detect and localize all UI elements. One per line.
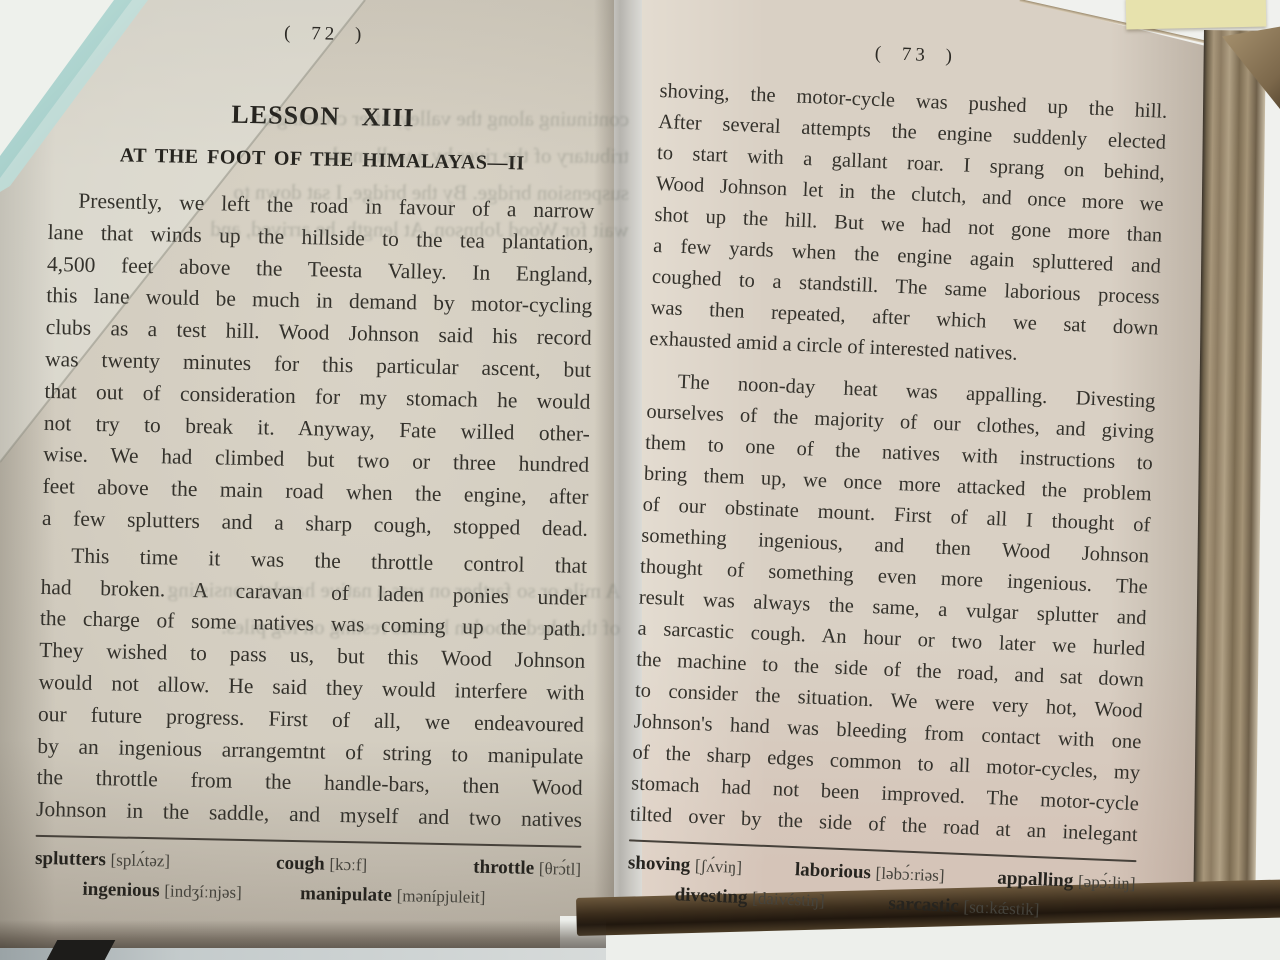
vocab-entry: manipulate [mənípjuleit] [300,879,486,913]
paragraph: shoving, the motor-cycle was pushed up t… [649,76,1168,376]
vocab-phonetic: [ʃʌ́viŋ] [695,856,743,877]
vocab-phonetic: [θrɔ́tl] [539,859,581,879]
vocab-entry: cough [kɔːf] [276,849,368,881]
page-edges-stack [1193,30,1266,943]
sticky-note [1126,0,1267,29]
vocab-phonetic: [ləbɔ́ːriəs] [875,863,945,885]
vocab-word: splutters [35,848,111,871]
vocab-entry: shoving [ʃʌ́viŋ] [627,848,742,883]
vocab-entry: sarcastic [sɑːkǽstik] [888,889,1040,925]
vocab-word: divesting [674,884,752,908]
vocab-phonetic: [daivéstiŋ] [752,888,825,910]
vocab-entry: divesting [daivéstiŋ] [674,880,825,916]
chapter-title: AT THE FOOT OF THE HIMALAYAS—II [49,143,595,177]
lesson-title: LESSON XIII [50,96,596,137]
paragraph: The noon-day heat was appalling. Divesti… [629,366,1156,851]
vocab-word: cough [276,853,330,875]
vocabulary-list: splutters [splʌ́təz]cough [kɔːf]throttle… [34,844,581,915]
vocab-word: sarcastic [888,893,964,917]
vocab-word: shoving [628,852,696,876]
right-page-content: learning enough to appreciate the surrou… [626,34,1169,929]
vocab-word: laborious [795,859,877,883]
vocab-phonetic: [əpɔ́ːliŋ] [1078,872,1136,893]
shadow-wedge [47,940,116,960]
vocab-phonetic: [splʌ́təz] [110,850,170,870]
vocab-phonetic: [kɔːf] [329,855,367,875]
vocab-word: throttle [473,857,539,879]
open-book-photo: continuing along the valley, after cross… [0,0,1280,960]
paragraph: This time it was the throttle control th… [36,540,588,837]
vocab-word: appalling [997,867,1079,891]
vocab-word: manipulate [300,883,397,906]
vocab-entry: throttle [θrɔ́tl] [473,853,581,885]
left-page-content: continuing along the valley, after cross… [34,18,598,915]
vocab-word: ingenious [82,879,164,902]
paragraph: Presently, we left the road in favour of… [42,185,595,546]
vocab-phonetic: [mənípjuleit] [397,886,486,907]
vocab-phonetic: [indʒíːnjəs] [164,881,242,902]
vocab-entry: ingenious [indʒíːnjəs] [82,875,242,908]
vocab-entry: splutters [splʌ́təz] [35,844,171,877]
vocab-phonetic: [sɑːkǽstik] [963,897,1040,919]
